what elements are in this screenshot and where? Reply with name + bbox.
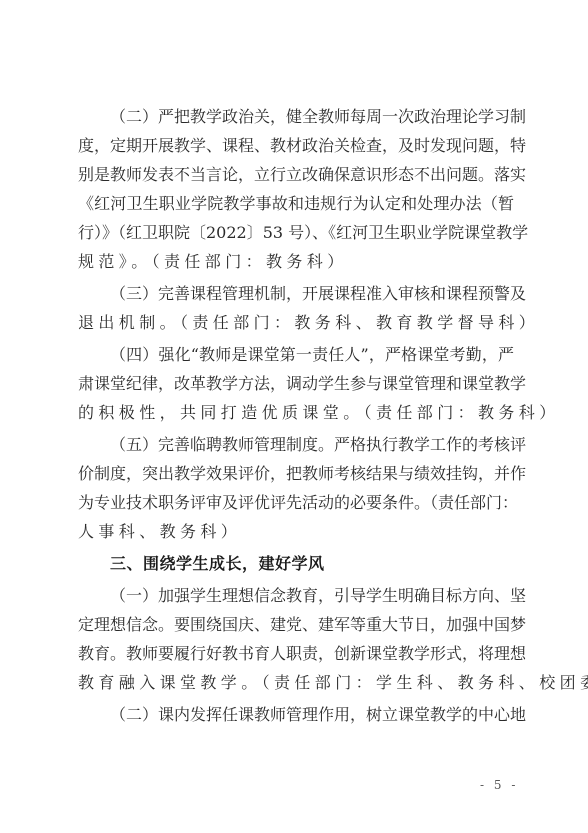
section-heading: 三、围绕学生成长，建好学风: [110, 553, 514, 575]
paragraph-line: （一）加强学生理想信念教育，引导学生明确目标方向、坚: [110, 585, 514, 607]
paragraph-line: 退出机制。（责任部门：教务科、教育教学督导科）: [78, 312, 514, 334]
paragraph-line: 教育融入课堂教学。（责任部门：学生科、教务科、校团委）: [78, 672, 514, 694]
paragraph-line: 人事科、教务科）: [78, 521, 514, 543]
paragraph-line: 价制度，突出教学效果评价，把教师考核结果与绩效挂钩，并作: [78, 463, 514, 485]
paragraph-line: 别是教师发表不当言论，立行立改确保意识形态不出问题。落实: [78, 164, 514, 186]
paragraph-line: （五）完善临聘教师管理制度。严格执行教学工作的考核评: [110, 434, 514, 456]
document-page: （二）严把教学政治关，健全教师每周一次政治理论学习制 度，定期开展教学、课程、教…: [0, 0, 588, 833]
paragraph-line: 行）》（红卫职院〔2022〕53 号）、《红河卫生职业学院课堂教学: [78, 222, 514, 244]
paragraph-line: （二）严把教学政治关，健全教师每周一次政治理论学习制: [110, 106, 514, 128]
paragraph-line: 教育。教师要履行好教书育人职责，创新课堂教学形式，将理想: [78, 643, 514, 665]
paragraph-line: 规范》。（责任部门：教务科）: [78, 251, 514, 273]
paragraph-line: 为专业技术职务评审及评优评先活动的必要条件。（责任部门：: [78, 492, 514, 514]
paragraph-line: 的积极性，共同打造优质课堂。（责任部门：教务科）: [78, 402, 514, 424]
paragraph-line: 度，定期开展教学、课程、教材政治关检查，及时发现问题，特: [78, 135, 514, 157]
paragraph-line: 《红河卫生职业学院教学事故和违规行为认定和处理办法（暂: [78, 193, 514, 215]
paragraph-line: 肃课堂纪律，改革教学方法，调动学生参与课堂管理和课堂教学: [78, 373, 514, 395]
paragraph-line: 定理想信念。要围绕国庆、建党、建军等重大节日，加强中国梦: [78, 614, 514, 636]
paragraph-line: （三）完善课程管理机制，开展课程准入审核和课程预警及: [110, 283, 514, 305]
page-number: - 5 -: [480, 778, 518, 792]
paragraph-line: （四）强化“教师是课堂第一责任人”，严格课堂考勤，严: [110, 344, 514, 366]
paragraph-line: （二）课内发挥任课教师管理作用，树立课堂教学的中心地: [110, 704, 514, 726]
